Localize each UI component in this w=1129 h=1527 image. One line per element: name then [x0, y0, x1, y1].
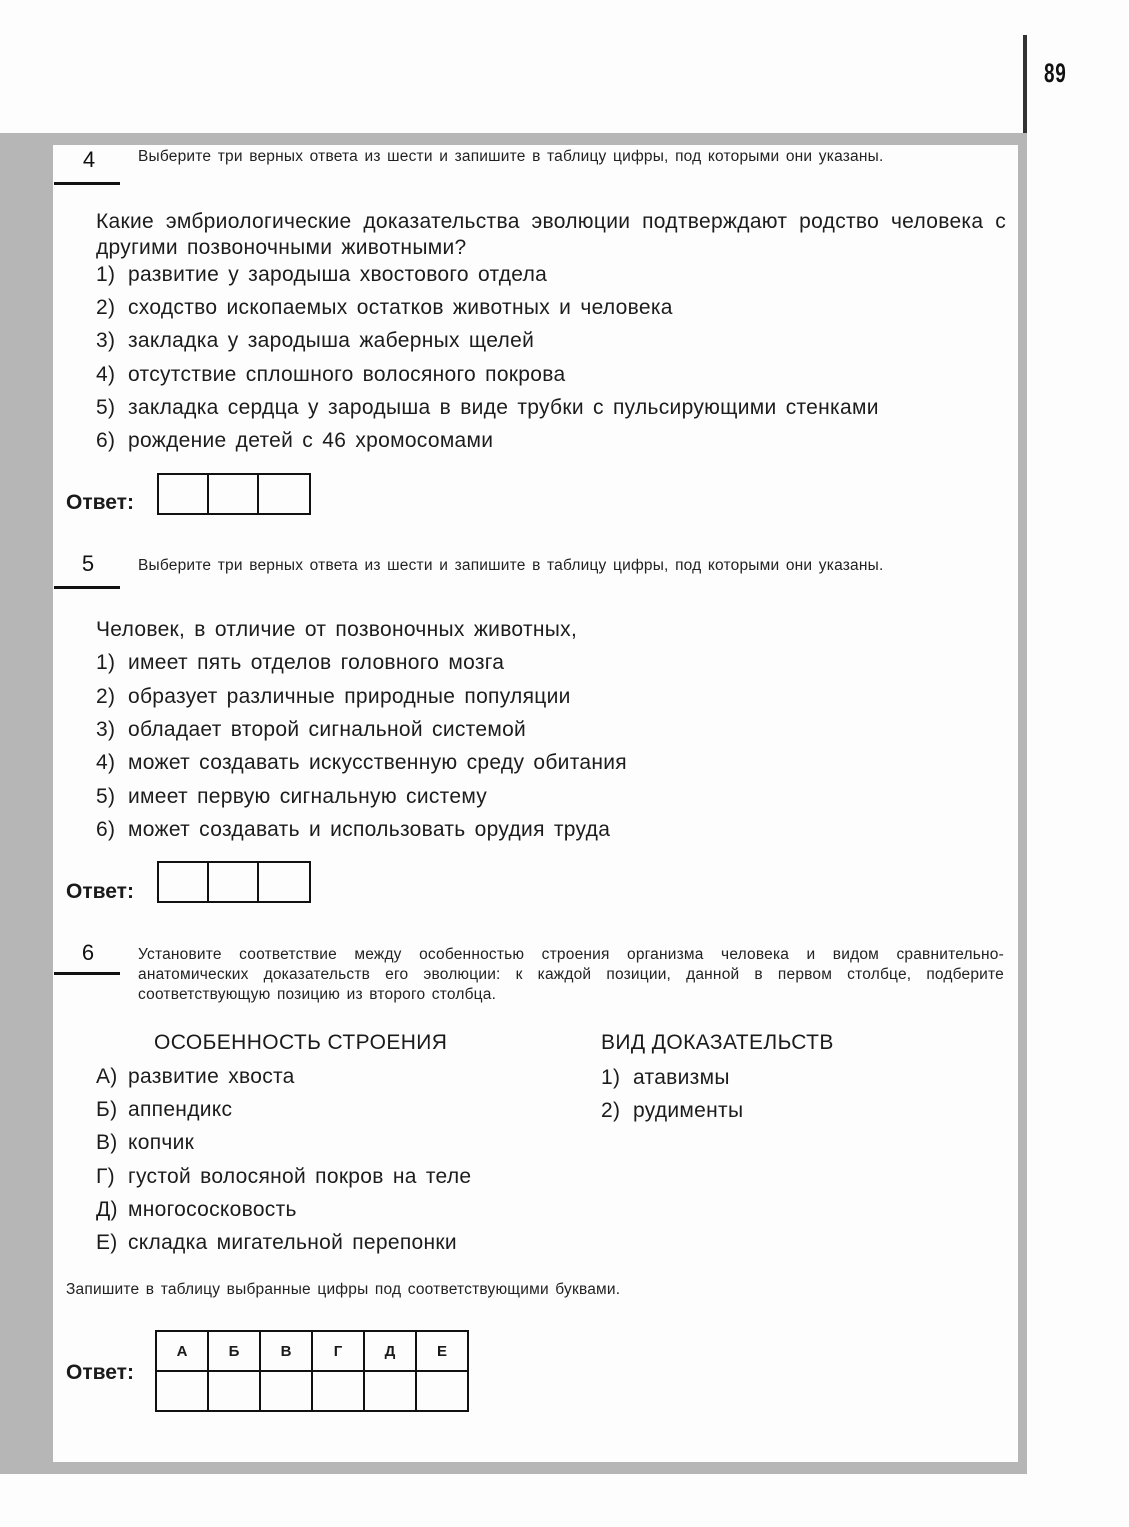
question-number: 6 — [73, 940, 103, 966]
answer-cell[interactable] — [208, 1371, 260, 1411]
option-5: 5)закладка сердца у зародыша в виде труб… — [96, 395, 879, 421]
item-text: рудименты — [633, 1099, 743, 1122]
option-text: может создавать и использовать орудия тр… — [128, 818, 610, 841]
item-text: многососковость — [128, 1198, 297, 1221]
answer-label: Ответ: — [66, 491, 134, 515]
option-text: закладка сердца у зародыша в виде трубки… — [128, 396, 879, 419]
table-instruction: Запишите в таблицу выбранные цифры под с… — [66, 1281, 620, 1299]
question-instruction: Выберите три верных ответа из шести и за… — [138, 556, 1004, 576]
feature-g: Г)густой волосяной покров на теле — [96, 1164, 471, 1190]
answer-cell[interactable] — [159, 475, 209, 513]
answer-cell[interactable] — [259, 863, 309, 901]
option-number: 1) — [96, 650, 128, 676]
option-text: сходство ископаемых остатков животных и … — [128, 296, 673, 319]
question-prompt: Человек, в отличие от позвоночных животн… — [96, 617, 1006, 643]
item-text: копчик — [128, 1131, 194, 1154]
option-text: рождение детей с 46 хромосомами — [128, 429, 493, 452]
option-text: отсутствие сплошного волосяного покрова — [128, 363, 565, 386]
question-number-underline — [54, 182, 120, 185]
answer-label: Ответ: — [66, 880, 134, 904]
option-number: 2) — [96, 295, 128, 321]
feature-b: Б)аппендикс — [96, 1097, 232, 1123]
option-number: 1) — [96, 262, 128, 288]
answer-table-header-row: А Б В Г Д Е — [156, 1331, 468, 1371]
option-number: 4) — [96, 750, 128, 776]
option-5: 5)имеет первую сигнальную систему — [96, 784, 487, 810]
question-number: 5 — [73, 551, 103, 577]
item-number: 1) — [601, 1065, 633, 1091]
right-column-header: ВИД ДОКАЗАТЕЛЬСТВ — [601, 1031, 834, 1055]
option-6: 6)рождение детей с 46 хромосомами — [96, 428, 493, 454]
option-6: 6)может создавать и использовать орудия … — [96, 817, 610, 843]
feature-e: Е)складка мигательной перепонки — [96, 1230, 457, 1256]
question-prompt: Какие эмбриологические доказательства эв… — [96, 209, 1006, 261]
answer-box — [157, 473, 311, 515]
page-number: 89 — [1044, 58, 1066, 89]
answer-label: Ответ: — [66, 1361, 134, 1385]
option-number: 5) — [96, 395, 128, 421]
answer-box — [157, 861, 311, 903]
option-3: 3)обладает второй сигнальной системой — [96, 717, 526, 743]
column-letter: А — [156, 1331, 208, 1371]
column-letter: Д — [364, 1331, 416, 1371]
option-text: имеет первую сигнальную систему — [128, 785, 487, 808]
item-text: развитие хвоста — [128, 1065, 295, 1088]
answer-cell[interactable] — [159, 863, 209, 901]
question-number-underline — [54, 586, 120, 589]
option-text: имеет пять отделов головного мозга — [128, 651, 504, 674]
option-number: 3) — [96, 328, 128, 354]
answer-cell[interactable] — [156, 1371, 208, 1411]
item-letter: Б) — [96, 1097, 128, 1123]
option-4: 4)отсутствие сплошного волосяного покров… — [96, 362, 565, 388]
column-letter: Е — [416, 1331, 468, 1371]
evidence-2: 2)рудименты — [601, 1098, 743, 1124]
option-4: 4)может создавать искусственную среду об… — [96, 750, 627, 776]
answer-cell[interactable] — [312, 1371, 364, 1411]
feature-a: А)развитие хвоста — [96, 1064, 295, 1090]
option-text: развитие у зародыша хвостового отдела — [128, 263, 547, 286]
option-number: 6) — [96, 817, 128, 843]
item-text: складка мигательной перепонки — [128, 1231, 457, 1254]
option-number: 3) — [96, 717, 128, 743]
item-text: густой волосяной покров на теле — [128, 1165, 471, 1188]
option-number: 6) — [96, 428, 128, 454]
evidence-1: 1)атавизмы — [601, 1065, 730, 1091]
answer-cell[interactable] — [259, 475, 309, 513]
answer-cell[interactable] — [416, 1371, 468, 1411]
item-number: 2) — [601, 1098, 633, 1124]
answer-table: А Б В Г Д Е — [155, 1330, 469, 1412]
item-letter: Д) — [96, 1197, 128, 1223]
option-number: 5) — [96, 784, 128, 810]
option-text: закладка у зародыша жаберных щелей — [128, 329, 534, 352]
column-letter: В — [260, 1331, 312, 1371]
item-letter: Е) — [96, 1230, 128, 1256]
left-column-header: ОСОБЕННОСТЬ СТРОЕНИЯ — [154, 1031, 447, 1055]
option-2: 2)образует различные природные популяции — [96, 684, 571, 710]
option-1: 1)имеет пять отделов головного мозга — [96, 650, 504, 676]
question-instruction: Установите соответствие между особенност… — [138, 945, 1004, 1005]
option-number: 2) — [96, 684, 128, 710]
item-text: атавизмы — [633, 1066, 730, 1089]
option-2: 2)сходство ископаемых остатков животных … — [96, 295, 673, 321]
item-letter: А) — [96, 1064, 128, 1090]
option-1: 1)развитие у зародыша хвостового отдела — [96, 262, 547, 288]
item-letter: В) — [96, 1130, 128, 1156]
option-text: может создавать искусственную среду обит… — [128, 751, 627, 774]
feature-v: В)копчик — [96, 1130, 194, 1156]
option-number: 4) — [96, 362, 128, 388]
answer-cell[interactable] — [364, 1371, 416, 1411]
page-rule — [1023, 35, 1027, 137]
question-number: 4 — [74, 147, 104, 173]
answer-cell[interactable] — [260, 1371, 312, 1411]
item-letter: Г) — [96, 1164, 128, 1190]
option-3: 3)закладка у зародыша жаберных щелей — [96, 328, 534, 354]
question-number-underline — [54, 972, 120, 975]
answer-cell[interactable] — [209, 863, 259, 901]
column-letter: Б — [208, 1331, 260, 1371]
answer-table-value-row — [156, 1371, 468, 1411]
option-text: образует различные природные популяции — [128, 685, 571, 708]
answer-cell[interactable] — [209, 475, 259, 513]
feature-d: Д)многососковость — [96, 1197, 297, 1223]
option-text: обладает второй сигнальной системой — [128, 718, 526, 741]
item-text: аппендикс — [128, 1098, 232, 1121]
column-letter: Г — [312, 1331, 364, 1371]
question-instruction: Выберите три верных ответа из шести и за… — [138, 147, 1004, 167]
